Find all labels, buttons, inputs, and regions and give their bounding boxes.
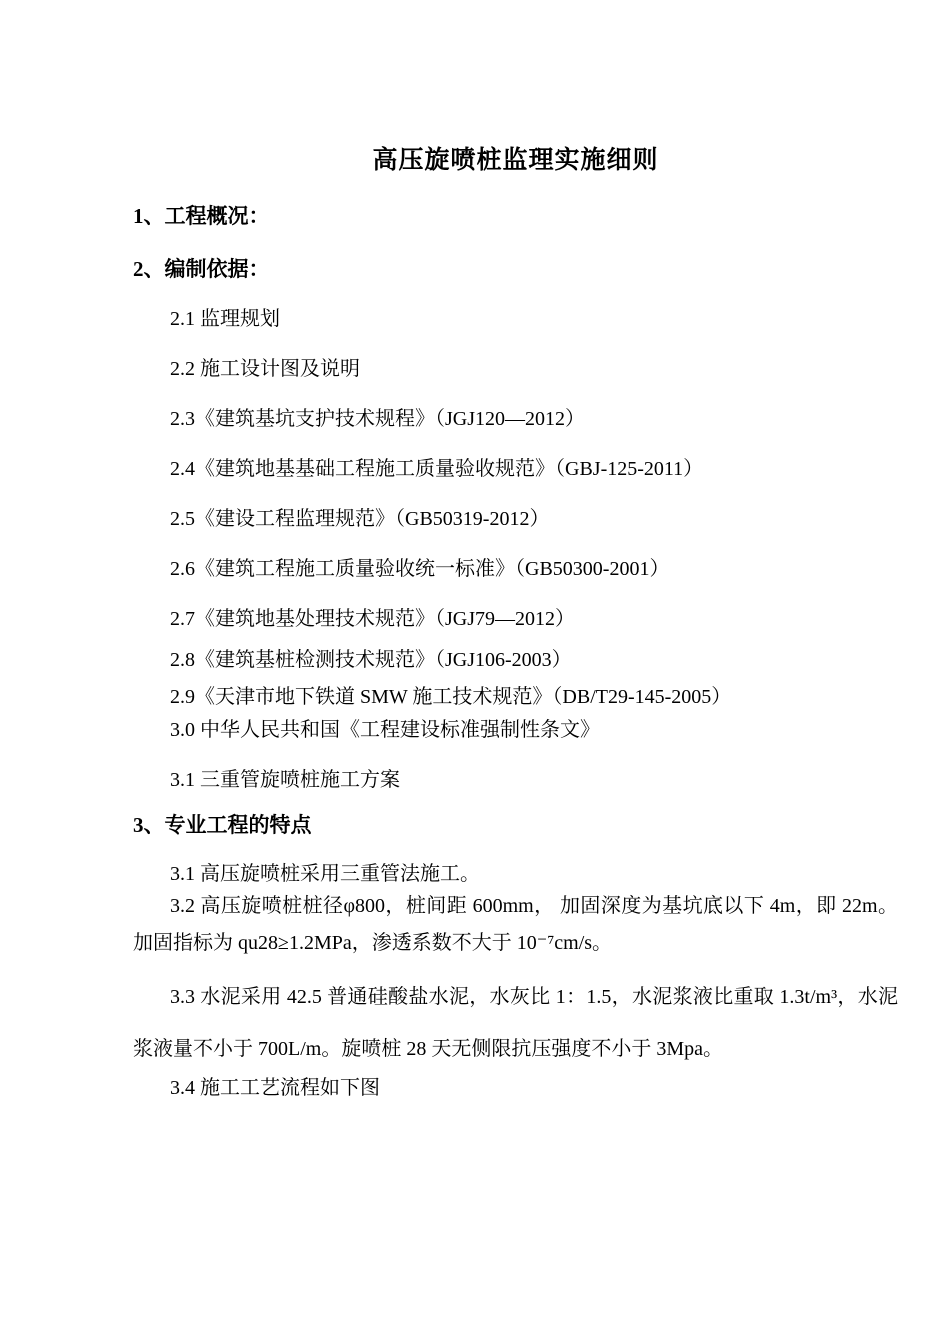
document-page: 高压旋喷桩监理实施细则 1、工程概况：2、编制依据：2.1 监理规划2.2 施工…	[0, 0, 950, 1344]
reference-item: 2.4《建筑地基基础工程施工质量验收规范》（GBJ-125-2011）	[133, 456, 898, 482]
reference-item: 3.0 中华人民共和国《工程建设标准强制性条文》	[133, 717, 898, 743]
reference-item: 2.1 监理规划	[133, 306, 898, 332]
section-heading: 2、编制依据：	[133, 256, 898, 282]
body-paragraph: 3.4 施工工艺流程如下图	[133, 1075, 898, 1101]
reference-item: 2.9《天津市地下铁道 SMW 施工技术规范》（DB/T29-145-2005）	[133, 684, 898, 710]
reference-item: 2.7《建筑地基处理技术规范》（JGJ79—2012）	[133, 606, 898, 632]
section-heading: 3、专业工程的特点	[133, 812, 898, 838]
reference-item: 2.6《建筑工程施工质量验收统一标准》（GB50300-2001）	[133, 556, 898, 582]
reference-item: 2.5《建设工程监理规范》（GB50319-2012）	[133, 506, 898, 532]
body-paragraph: 3.1 高压旋喷桩采用三重管法施工。	[133, 861, 898, 887]
document-title: 高压旋喷桩监理实施细则	[133, 146, 898, 176]
section-heading: 1、工程概况：	[133, 203, 898, 229]
reference-item: 3.1 三重管旋喷桩施工方案	[133, 767, 898, 793]
reference-item: 2.2 施工设计图及说明	[133, 356, 898, 382]
body-paragraph: 3.2 高压旋喷桩桩径φ800，桩间距 600mm， 加固深度为基坑底以下 4m…	[133, 888, 898, 962]
document-body: 1、工程概况：2、编制依据：2.1 监理规划2.2 施工设计图及说明2.3《建筑…	[133, 203, 898, 1101]
body-paragraph: 3.3 水泥采用 42.5 普通硅酸盐水泥，水灰比 1：1.5，水泥浆液比重取 …	[133, 971, 898, 1075]
reference-item: 2.8《建筑基桩检测技术规范》（JGJ106-2003）	[133, 647, 898, 673]
reference-item: 2.3《建筑基坑支护技术规程》（JGJ120—2012）	[133, 406, 898, 432]
